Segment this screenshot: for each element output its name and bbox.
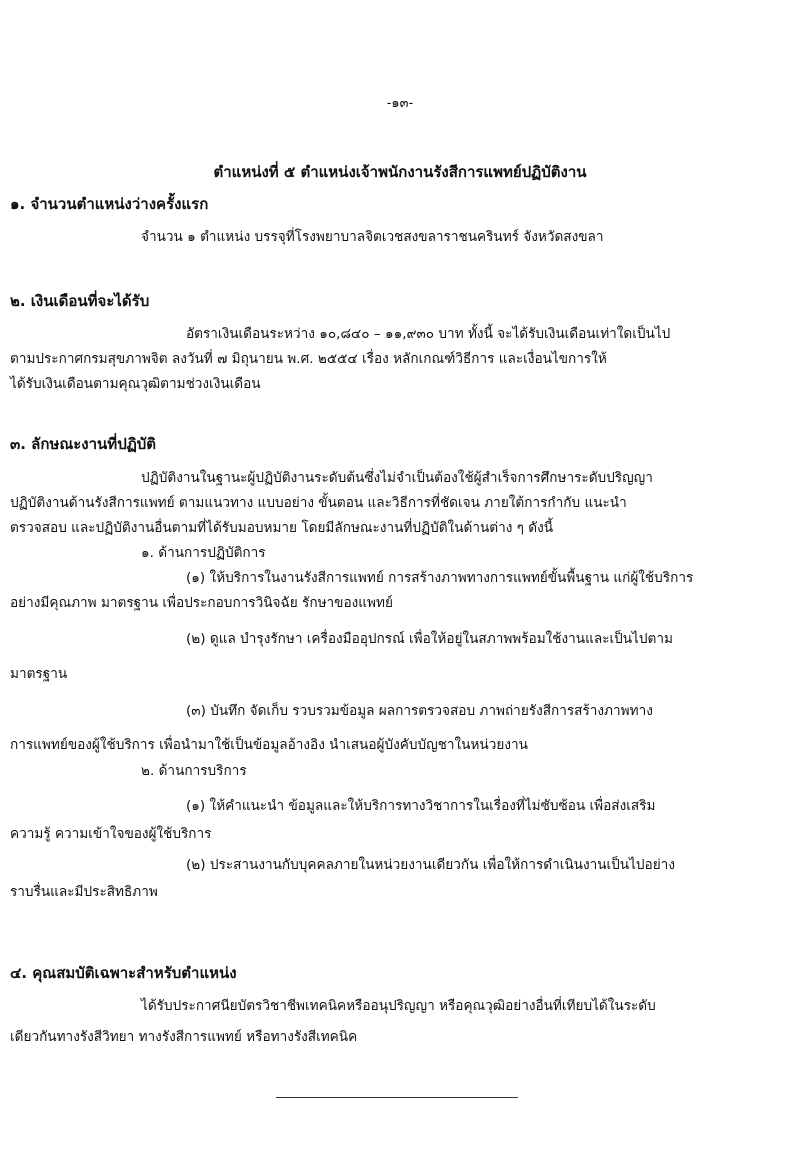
section-1-line: จำนวน ๑ ตำแหน่ง บรรจุที่โรงพยาบาลจิตเวชส… — [141, 225, 604, 247]
section-4-line: เดียวกันทางรังสีวิทยา ทางรังสีการแพทย์ ห… — [10, 1025, 357, 1047]
section-4-line: ได้รับประกาศนียบัตรวิชาชีพเทคนิคหรืออนุป… — [141, 994, 656, 1016]
section-3-line: มาตรฐาน — [10, 662, 67, 684]
section-3-line: ปฏิบัติงานด้านรังสีการแพทย์ ตามแนวทาง แบ… — [10, 491, 627, 513]
section-2-line: อัตราเงินเดือนระหว่าง ๑๐,๘๔๐ – ๑๑,๙๓๐ บา… — [186, 322, 670, 344]
end-divider — [276, 1097, 518, 1098]
section-3-line: การแพทย์ของผู้ใช้บริการ เพื่อนำมาใช้เป็น… — [10, 733, 528, 755]
subsection-heading: ๒. ด้านการบริการ — [141, 759, 247, 781]
section-4-heading: ๔. คุณสมบัติเฉพาะสำหรับตำแหน่ง — [10, 961, 237, 985]
section-3-line: ราบรื่นและมีประสิทธิภาพ — [10, 880, 158, 902]
section-2-line: ตามประกาศกรมสุขภาพจิต ลงวันที่ ๗ มิถุนาย… — [10, 347, 607, 369]
page-number: -๑๓- — [0, 92, 800, 113]
section-1-heading: ๑. จำนวนตำแหน่งว่างครั้งแรก — [10, 192, 208, 216]
section-2-heading: ๒. เงินเดือนที่จะได้รับ — [10, 289, 149, 313]
section-3-line: ตรวจสอบ และปฏิบัติงานอื่นตามที่ได้รับมอบ… — [10, 516, 553, 538]
section-3-heading: ๓. ลักษณะงานที่ปฏิบัติ — [10, 432, 156, 456]
section-3-line: (๒) ประสานงานกับบุคคลภายในหน่วยงานเดียวก… — [186, 853, 675, 875]
section-3-line: อย่างมีคุณภาพ มาตรฐาน เพื่อประกอบการวินิ… — [10, 591, 393, 613]
section-3-line: (๓) บันทึก จัดเก็บ รวบรวมข้อมูล ผลการตรว… — [186, 699, 653, 721]
section-3-line: (๑) ให้คำแนะนำ ข้อมูลและให้บริการทางวิชา… — [186, 794, 655, 816]
subsection-heading: ๑. ด้านการปฏิบัติการ — [141, 541, 266, 563]
section-3-line: ปฏิบัติงานในฐานะผู้ปฏิบัติงานระดับต้นซึ่… — [141, 466, 653, 488]
section-2-line: ได้รับเงินเดือนตามคุณวุฒิตามช่วงเงินเดือ… — [10, 372, 261, 394]
section-3-line: (๑) ให้บริการในงานรังสีการแพทย์ การสร้าง… — [186, 566, 693, 588]
page-title: ตำแหน่งที่ ๕ ตำแหน่งเจ้าพนักงานรังสีการแ… — [0, 160, 800, 184]
document-page: -๑๓- ตำแหน่งที่ ๕ ตำแหน่งเจ้าพนักงานรังส… — [0, 0, 800, 1165]
section-3-line: ความรู้ ความเข้าใจของผู้ใช้บริการ — [10, 822, 211, 844]
section-3-line: (๒) ดูแล บำรุงรักษา เครื่องมืออุปกรณ์ เพ… — [186, 627, 673, 649]
